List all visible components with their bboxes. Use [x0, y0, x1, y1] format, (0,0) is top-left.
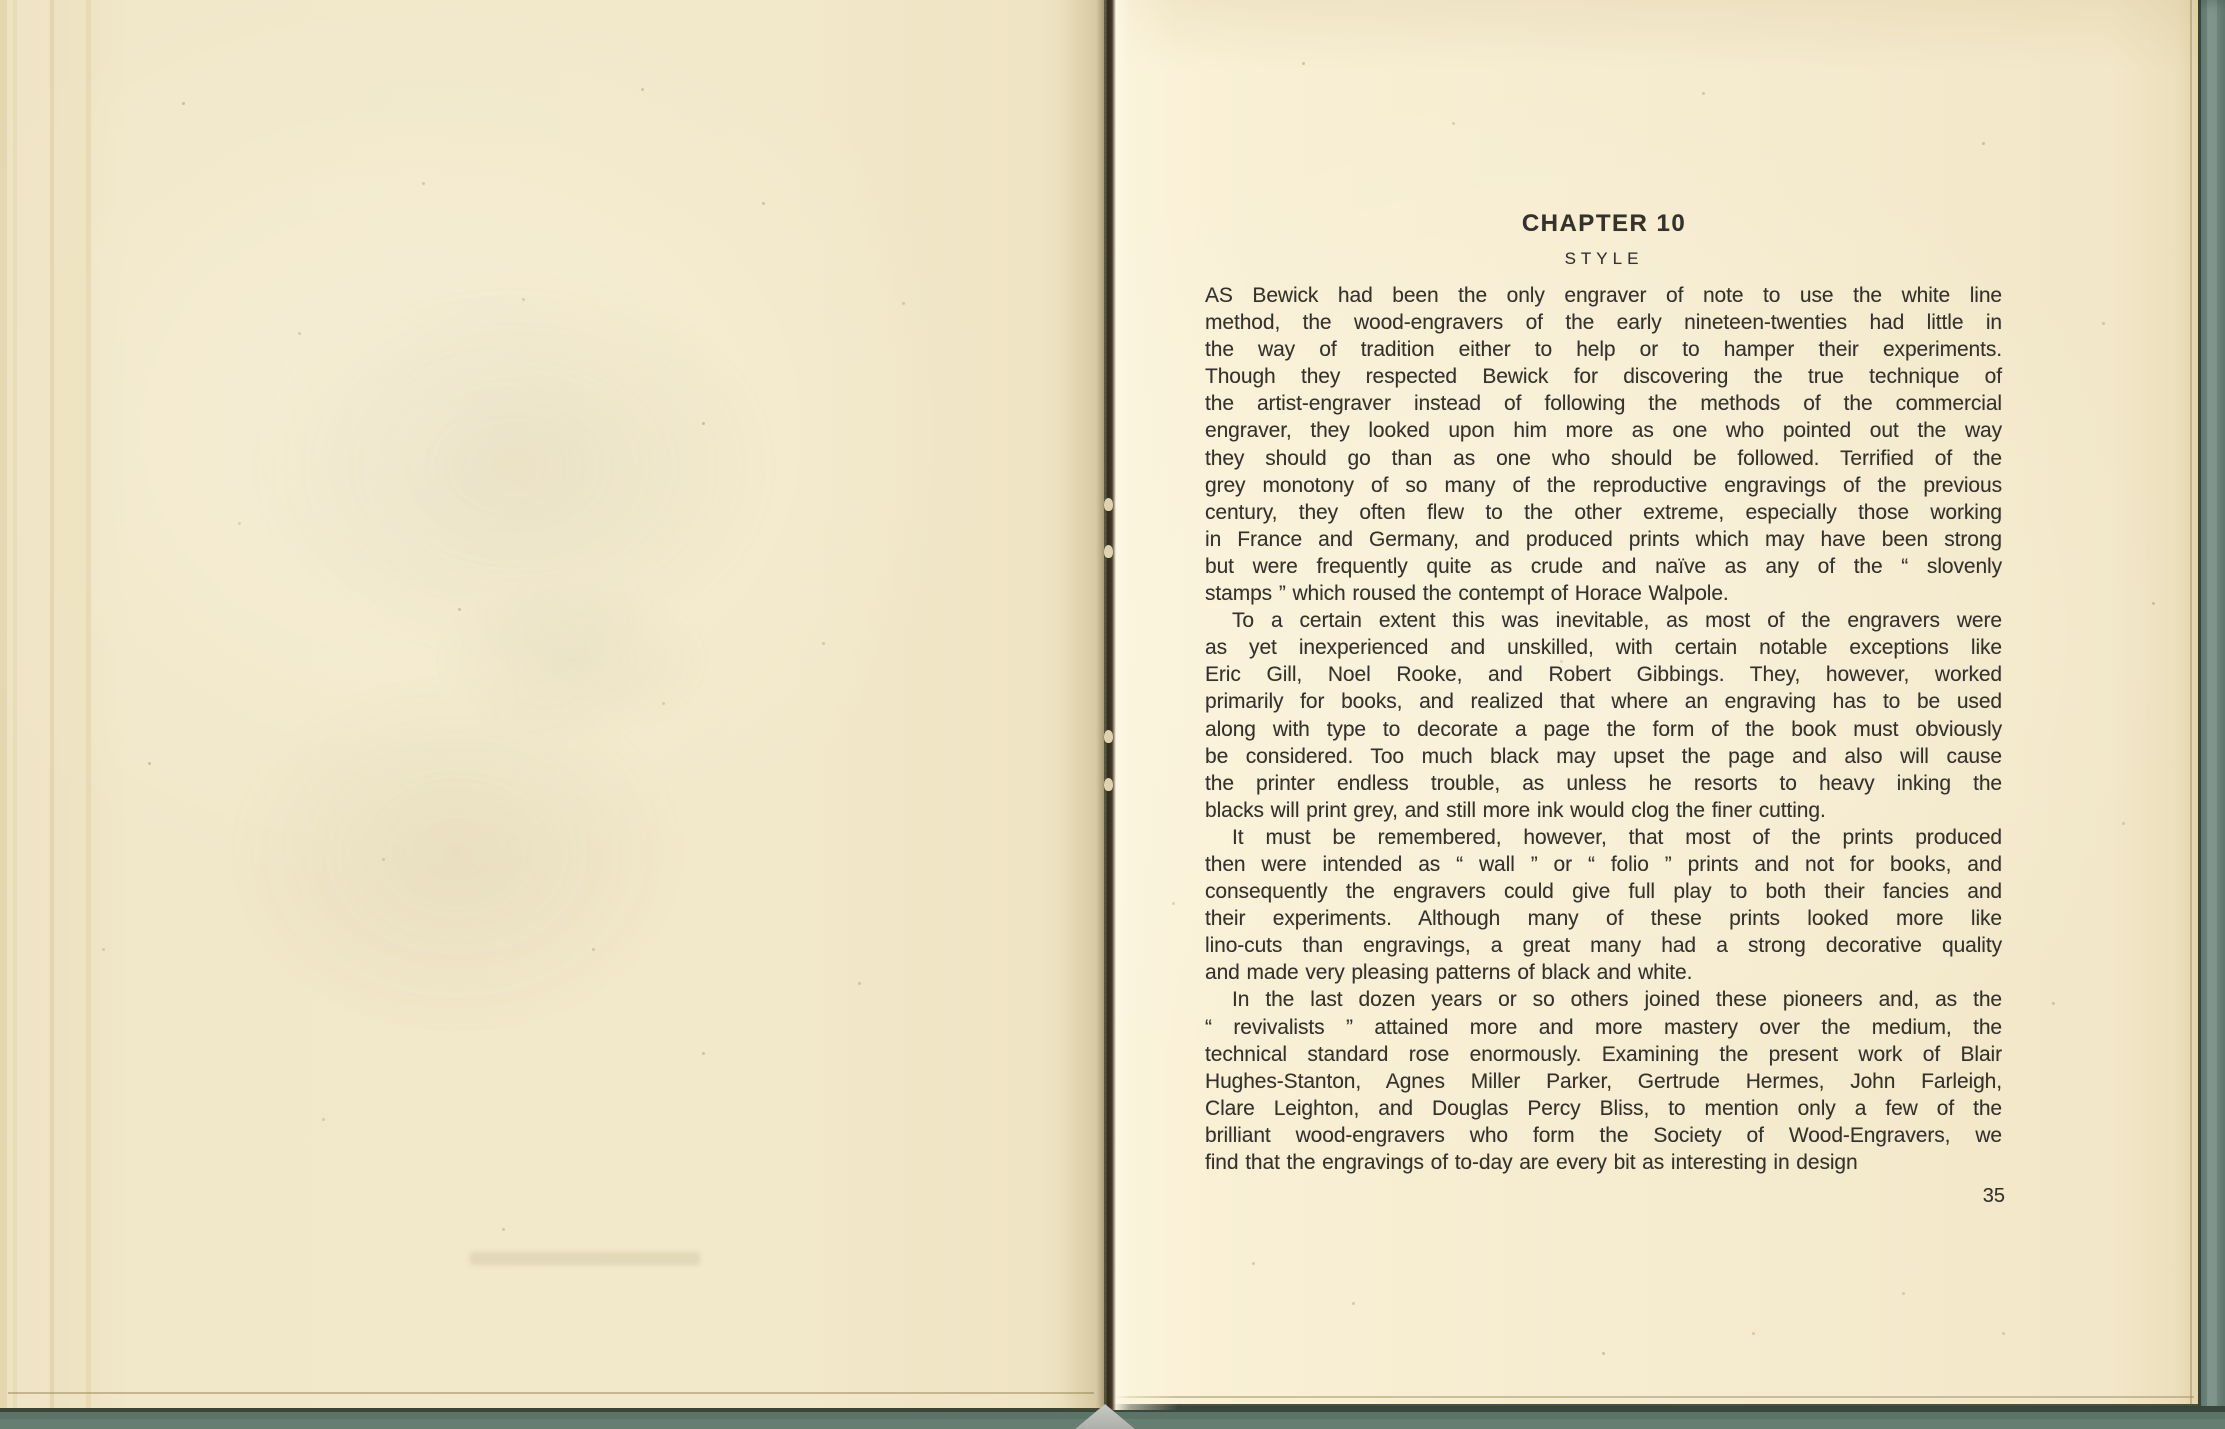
text-line: AS Bewick had been the only engraver of …	[1205, 282, 2002, 309]
text-line: primarily for books, and realized that w…	[1205, 688, 2002, 715]
text-line: grey monotony of so many of the reproduc…	[1205, 472, 2002, 499]
stitch-thread	[1104, 730, 1113, 743]
left-page-ghost-caption	[470, 1252, 700, 1265]
left-page-bottom-edge	[8, 1392, 1094, 1394]
left-page-show-through	[140, 220, 860, 1100]
text-line: Though they respected Bewick for discove…	[1205, 363, 2002, 390]
left-page-fore-edges	[0, 0, 100, 1408]
text-line: find that the engravings of to-day are e…	[1205, 1149, 2002, 1176]
text-line: but were frequently quite as crude and n…	[1205, 553, 2002, 580]
text-line: the artist-engraver instead of following…	[1205, 390, 2002, 417]
right-page-edge-line	[2190, 0, 2192, 1404]
text-line: “ revivalists ” attained more and more m…	[1205, 1014, 2002, 1041]
book-cover-right-edge	[2198, 0, 2225, 1429]
text-line: as yet inexperienced and unskilled, with…	[1205, 634, 2002, 661]
text-line: Hughes-Stanton, Agnes Miller Parker, Ger…	[1205, 1068, 2002, 1095]
paragraph-3: It must be remembered, however, that mos…	[1205, 824, 2002, 987]
scanned-book-photo: { "page": { "heading": "CHAPTER 10", "su…	[0, 0, 2225, 1429]
text-line: be considered. Too much black may upset …	[1205, 743, 2002, 770]
text-line: their experiments. Although many of thes…	[1205, 905, 2002, 932]
body-text: AS Bewick had been the only engraver of …	[1205, 282, 2002, 1176]
book-spread: CHAPTER 10 STYLE AS Bewick had been the …	[0, 0, 2225, 1429]
paragraph-2: To a certain extent this was inevitable,…	[1205, 607, 2002, 824]
text-line: method, the wood-engravers of the early …	[1205, 309, 2002, 336]
text-line: century, they often flew to the other ex…	[1205, 499, 2002, 526]
text-line: then were intended as “ wall ” or “ foli…	[1205, 851, 2002, 878]
text-line: Eric Gill, Noel Rooke, and Robert Gibbin…	[1205, 661, 2002, 688]
text-line: consequently the engravers could give fu…	[1205, 878, 2002, 905]
stitch-thread	[1104, 545, 1113, 558]
stitch-thread	[1104, 778, 1113, 791]
text-line: engraver, they looked upon him more as o…	[1205, 417, 2002, 444]
text-line: lino-cuts than engravings, a great many …	[1205, 932, 2002, 959]
text-line: along with type to decorate a page the f…	[1205, 716, 2002, 743]
paragraph-1: AS Bewick had been the only engraver of …	[1205, 282, 2002, 607]
right-page-bottom-edge	[1116, 1396, 2194, 1398]
paragraph-4: In the last dozen years or so others joi…	[1205, 986, 2002, 1176]
text-line: To a certain extent this was inevitable,…	[1205, 607, 2002, 634]
text-line: stamps ” which roused the contempt of Ho…	[1205, 580, 2002, 607]
left-page-blank	[0, 0, 1104, 1408]
text-line: It must be remembered, however, that mos…	[1205, 824, 2002, 851]
text-line: in France and Germany, and produced prin…	[1205, 526, 2002, 553]
text-line: they should go than as one who should be…	[1205, 445, 2002, 472]
stitch-thread	[1104, 498, 1113, 511]
text-line: the printer endless trouble, as unless h…	[1205, 770, 2002, 797]
text-line: Clare Leighton, and Douglas Percy Bliss,…	[1205, 1095, 2002, 1122]
text-line: technical standard rose enormously. Exam…	[1205, 1041, 2002, 1068]
text-line: blacks will print grey, and still more i…	[1205, 797, 2002, 824]
paper-foxing-right	[0, 0, 3, 3]
page-number: 35	[1205, 1185, 2005, 1208]
text-line: In the last dozen years or so others joi…	[1205, 986, 2002, 1013]
text-line: and made very pleasing patterns of black…	[1205, 959, 2002, 986]
chapter-subheading: STYLE	[1205, 249, 2003, 269]
chapter-heading: CHAPTER 10	[1205, 211, 2003, 237]
text-line: the way of tradition either to help or t…	[1205, 336, 2002, 363]
text-line: brilliant wood-engravers who form the So…	[1205, 1122, 2002, 1149]
